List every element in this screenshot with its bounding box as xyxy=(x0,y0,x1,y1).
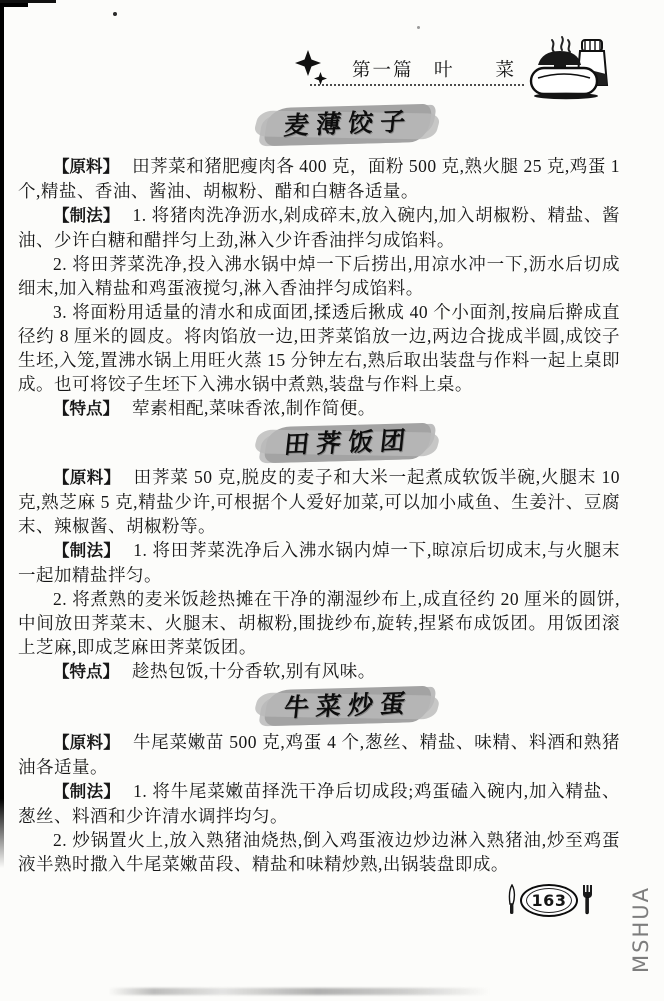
recipe-title-banner: 田荠饭团 xyxy=(266,425,430,461)
feature-text: 荤素相配,菜味香浓,制作简便。 xyxy=(132,398,376,418)
fork-icon xyxy=(580,884,594,916)
method-paragraph: 【制法】1. 将田荠菜洗净后入沸水锅内焯一下,晾凉后切成末,与火腿末一起加精盐拌… xyxy=(18,538,620,587)
page-content: 麦薄饺子 【原料】田荠菜和猪肥瘦肉各 400 克，面粉 500 克,熟火腿 25… xyxy=(18,104,620,916)
dotted-rule xyxy=(310,84,524,86)
scan-edge-strip xyxy=(0,0,4,868)
ingredients-paragraph: 【原料】牛尾菜嫩苗 500 克,鸡蛋 4 个,葱丝、精盐、味精、料酒和熟猪油各适… xyxy=(18,730,620,779)
ingredients-paragraph: 【原料】田荠菜 50 克,脱皮的麦子和大米一起煮成软饭半碗,火腿末 10 克,熟… xyxy=(18,465,620,538)
scan-speck xyxy=(417,26,420,29)
ingredients-label: 【原料】 xyxy=(53,733,120,752)
chapter-title: 第一篇 叶 菜 xyxy=(352,56,516,82)
feature-paragraph: 【特点】趁热包饭,十分香软,别有风味。 xyxy=(18,659,620,684)
page-number: 163 xyxy=(532,891,567,910)
feature-label: 【特点】 xyxy=(53,662,119,681)
method-label: 【制法】 xyxy=(53,541,120,560)
knife-icon xyxy=(505,884,518,916)
watermark: MSHUA xyxy=(629,889,651,973)
step-paragraph: 2. 将煮熟的麦米饭趁热摊在干净的潮湿纱布上,成直径约 20 厘米的圆饼,中间放… xyxy=(18,587,620,659)
step-paragraph: 2. 将田荠菜洗净,投入沸水锅中焯一下后捞出,用凉水冲一下,沥水后切成细末,加入… xyxy=(18,252,620,300)
recipe-section: 牛菜炒蛋 【原料】牛尾菜嫩苗 500 克,鸡蛋 4 个,葱丝、精盐、味精、料酒和… xyxy=(18,688,620,876)
method-paragraph: 【制法】1. 将牛尾菜嫩苗择洗干净后切成段;鸡蛋磕入碗内,加入精盐、葱丝、料酒和… xyxy=(18,779,620,828)
recipe-title: 麦薄饺子 xyxy=(264,103,432,147)
recipe-title: 田荠饭团 xyxy=(264,422,432,466)
plate-oval: 163 xyxy=(520,884,578,917)
ingredients-paragraph: 【原料】田荠菜和猪肥瘦肉各 400 克，面粉 500 克,熟火腿 25 克,鸡蛋… xyxy=(18,154,620,203)
recipe-section: 田荠饭团 【原料】田荠菜 50 克,脱皮的麦子和大米一起煮成软饭半碗,火腿末 1… xyxy=(18,425,620,684)
ingredients-label: 【原料】 xyxy=(53,468,121,487)
scan-smudge xyxy=(108,988,490,995)
sparkle-star-small-icon xyxy=(314,72,327,90)
step-paragraph: 3. 将面粉用适量的清水和成面团,揉透后揪成 40 个小面剂,按扁后擀成直径约 … xyxy=(18,300,620,396)
method-label: 【制法】 xyxy=(53,782,120,801)
scan-speck xyxy=(113,12,117,16)
ingredients-label: 【原料】 xyxy=(53,157,119,176)
recipe-title: 牛菜炒蛋 xyxy=(264,685,432,729)
scanned-cookbook-page: 第一篇 叶 菜 麦薄饺子 【原料】田荠菜和猪肥瘦肉各 400 克，面粉 xyxy=(0,0,664,1001)
step-paragraph: 2. 炒锅置火上,放入熟猪油烧热,倒入鸡蛋液边炒边淋入熟猪油,炒至鸡蛋液半熟时撒… xyxy=(18,828,620,876)
method-paragraph: 【制法】1. 将猪肉洗净沥水,剁成碎末,放入碗内,加入胡椒粉、精盐、酱油、少许白… xyxy=(18,203,620,252)
scan-corner-bar-thin xyxy=(0,0,56,3)
feature-paragraph: 【特点】荤素相配,菜味香浓,制作简便。 xyxy=(18,396,620,421)
page-number-marker: 163 xyxy=(18,884,594,916)
recipe-title-banner: 麦薄饺子 xyxy=(266,106,430,144)
method-label: 【制法】 xyxy=(53,206,120,225)
steaming-dish-illustration-icon xyxy=(524,34,614,107)
recipe-section: 麦薄饺子 【原料】田荠菜和猪肥瘦肉各 400 克，面粉 500 克,熟火腿 25… xyxy=(18,106,620,421)
feature-label: 【特点】 xyxy=(53,399,119,418)
feature-text: 趁热包饭,十分香软,别有风味。 xyxy=(132,661,376,681)
recipe-title-banner: 牛菜炒蛋 xyxy=(266,688,430,724)
